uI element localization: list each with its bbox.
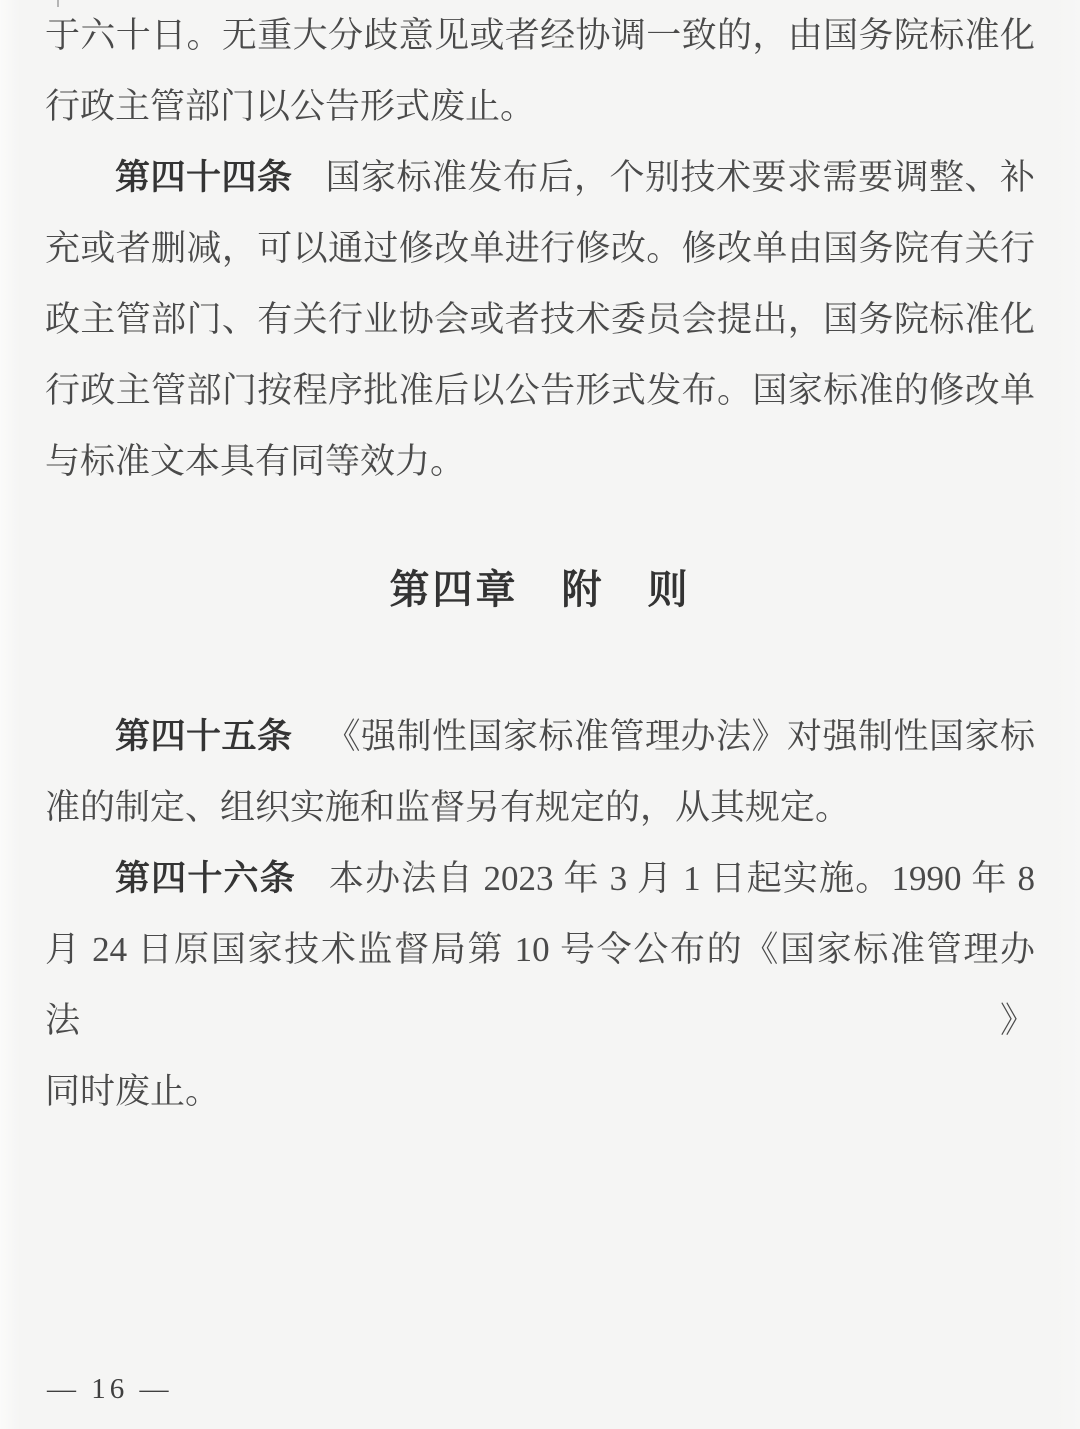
line-text: 准的制定、组织实施和监督另有规定的，从其规定。 [45, 788, 850, 827]
line-text: 政主管部门、有关行业协会或者技术委员会提出，国务院标准化 [45, 300, 1035, 339]
line-text: 行政主管部门以公告形式废止。 [45, 87, 535, 126]
article-number: 第四十五条 [115, 717, 293, 756]
line-text: 与标准文本具有同等效力。 [45, 442, 465, 481]
line-text: 充或者删减，可以通过修改单进行修改。修改单由国务院有关行 [45, 229, 1035, 268]
body-line: 政主管部门、有关行业协会或者技术委员会提出，国务院标准化 [45, 284, 1035, 355]
line-text: 本办法自 2023 年 3 月 1 日起实施。1990 年 8 [329, 859, 1035, 898]
body-line: 同时废止。 [45, 1056, 1035, 1127]
body-line: 行政主管部门以公告形式废止。 [45, 71, 1035, 142]
line-text: 行政主管部门按程序批准后以公告形式发布。国家标准的修改单 [45, 371, 1035, 410]
body-line: 月 24 日原国家技术监督局第 10 号令公布的《国家标准管理办法》 [45, 914, 1035, 1056]
chapter-4-heading: 第四章 附 则 [45, 555, 1035, 626]
document-page: 于六十日。无重大分歧意见或者经协调一致的，由国务院标准化 行政主管部门以公告形式… [0, 0, 1080, 1429]
document-body: 于六十日。无重大分歧意见或者经协调一致的，由国务院标准化 行政主管部门以公告形式… [45, 0, 1035, 1127]
body-line: 行政主管部门按程序批准后以公告形式发布。国家标准的修改单 [45, 355, 1035, 426]
body-line: 与标准文本具有同等效力。 [45, 426, 1035, 497]
body-line: 于六十日。无重大分歧意见或者经协调一致的，由国务院标准化 [45, 0, 1035, 71]
article-number: 第四十四条 [115, 158, 293, 197]
body-line: 充或者删减，可以通过修改单进行修改。修改单由国务院有关行 [45, 213, 1035, 284]
page-number-text: — 16 — [47, 1373, 173, 1405]
line-text: 《强制性国家标准管理办法》对强制性国家标 [326, 717, 1035, 756]
line-text: 月 24 日原国家技术监督局第 10 号令公布的《国家标准管理办法》 [45, 930, 1035, 1040]
article-number: 第四十六条 [115, 859, 296, 898]
line-text: 国家标准发布后，个别技术要求需要调整、补 [326, 158, 1035, 197]
body-line: 准的制定、组织实施和监督另有规定的，从其规定。 [45, 772, 1035, 843]
article-44-line: 第四十四条国家标准发布后，个别技术要求需要调整、补 [45, 142, 1035, 213]
page-number: — 16 — [47, 1369, 173, 1409]
article-46-line: 第四十六条本办法自 2023 年 3 月 1 日起实施。1990 年 8 [45, 843, 1035, 914]
article-45-line: 第四十五条《强制性国家标准管理办法》对强制性国家标 [45, 701, 1035, 772]
line-text: 同时废止。 [45, 1072, 220, 1111]
line-text: 于六十日。无重大分歧意见或者经协调一致的，由国务院标准化 [45, 16, 1035, 55]
